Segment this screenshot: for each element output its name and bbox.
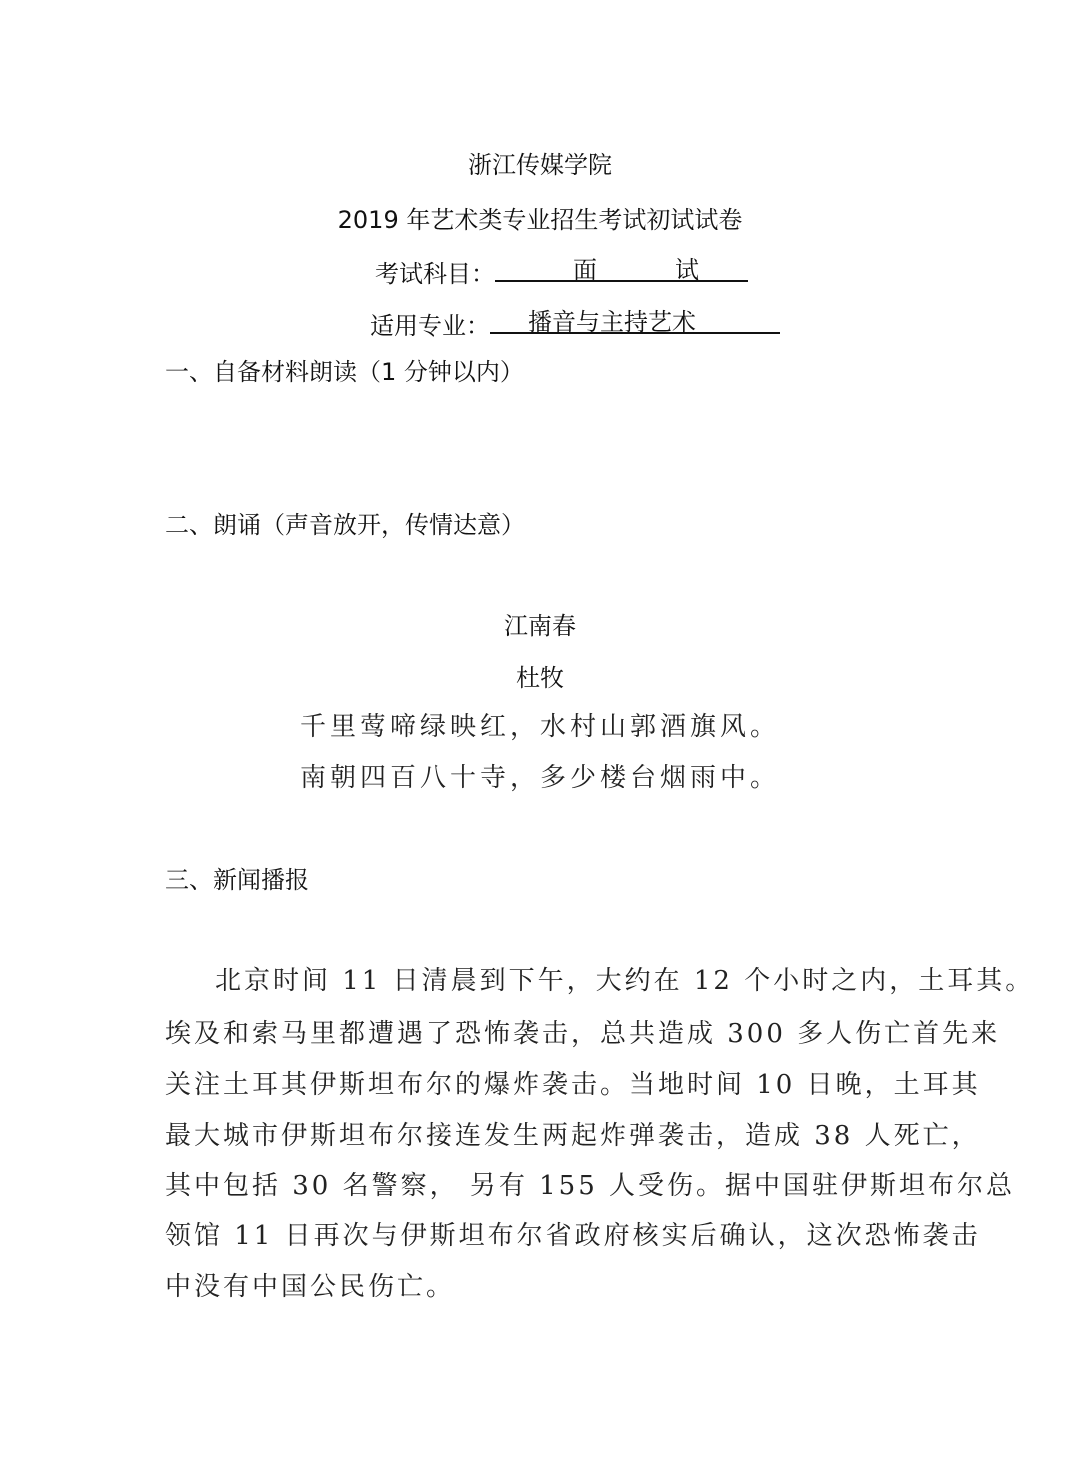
news-line: 埃及和索马里都遭遇了恐怖袭击，总共造成 300 多人伤亡首先来 [165,1013,1000,1050]
news-line: 关注土耳其伊斯坦布尔的爆炸袭击。当地时间 10 日晚，土耳其 [165,1064,981,1101]
major-label: 适用专业： [370,312,490,340]
school-name: 浙江传媒学院 [0,145,1080,180]
subject-value-2: 试 [675,250,699,285]
poem-line-2: 南朝四百八十寺，多少楼台烟雨中。 [0,757,1080,794]
subject-value-1: 面 [573,250,597,285]
poem-author: 杜牧 [0,658,1080,693]
section-3-title: 三、新闻播报 [165,860,309,895]
poem-title: 江南春 [0,606,1080,641]
section-2-title: 二、朗诵（声音放开，传情达意） [165,505,525,540]
news-line: 最大城市伊斯坦布尔接连发生两起炸弹袭击，造成 38 人死亡， [165,1115,981,1152]
subject-label: 考试科目： [375,260,495,288]
major-row: 适用专业：播音与主持艺术 [370,302,780,341]
major-value: 播音与主持艺术 [528,302,696,337]
section-1-title: 一、自备材料朗读（1 分钟以内） [165,352,524,387]
news-line: 北京时间 11 日清晨到下午，大约在 12 个小时之内，土耳其。 [215,960,1034,997]
news-line: 领馆 11 日再次与伊斯坦布尔省政府核实后确认，这次恐怖袭击 [165,1215,981,1252]
subject-row: 考试科目：面试 [375,250,748,289]
major-field: 播音与主持艺术 [490,302,780,334]
exam-title: 2019 年艺术类专业招生考试初试试卷 [0,200,1080,235]
poem-line-1: 千里莺啼绿映红，水村山郭酒旗风。 [0,706,1080,743]
news-line: 其中包括 30 名警察， 另有 155 人受伤。据中国驻伊斯坦布尔总 [165,1165,1015,1202]
subject-field: 面试 [495,250,748,282]
news-line: 中没有中国公民伤亡。 [165,1266,455,1303]
